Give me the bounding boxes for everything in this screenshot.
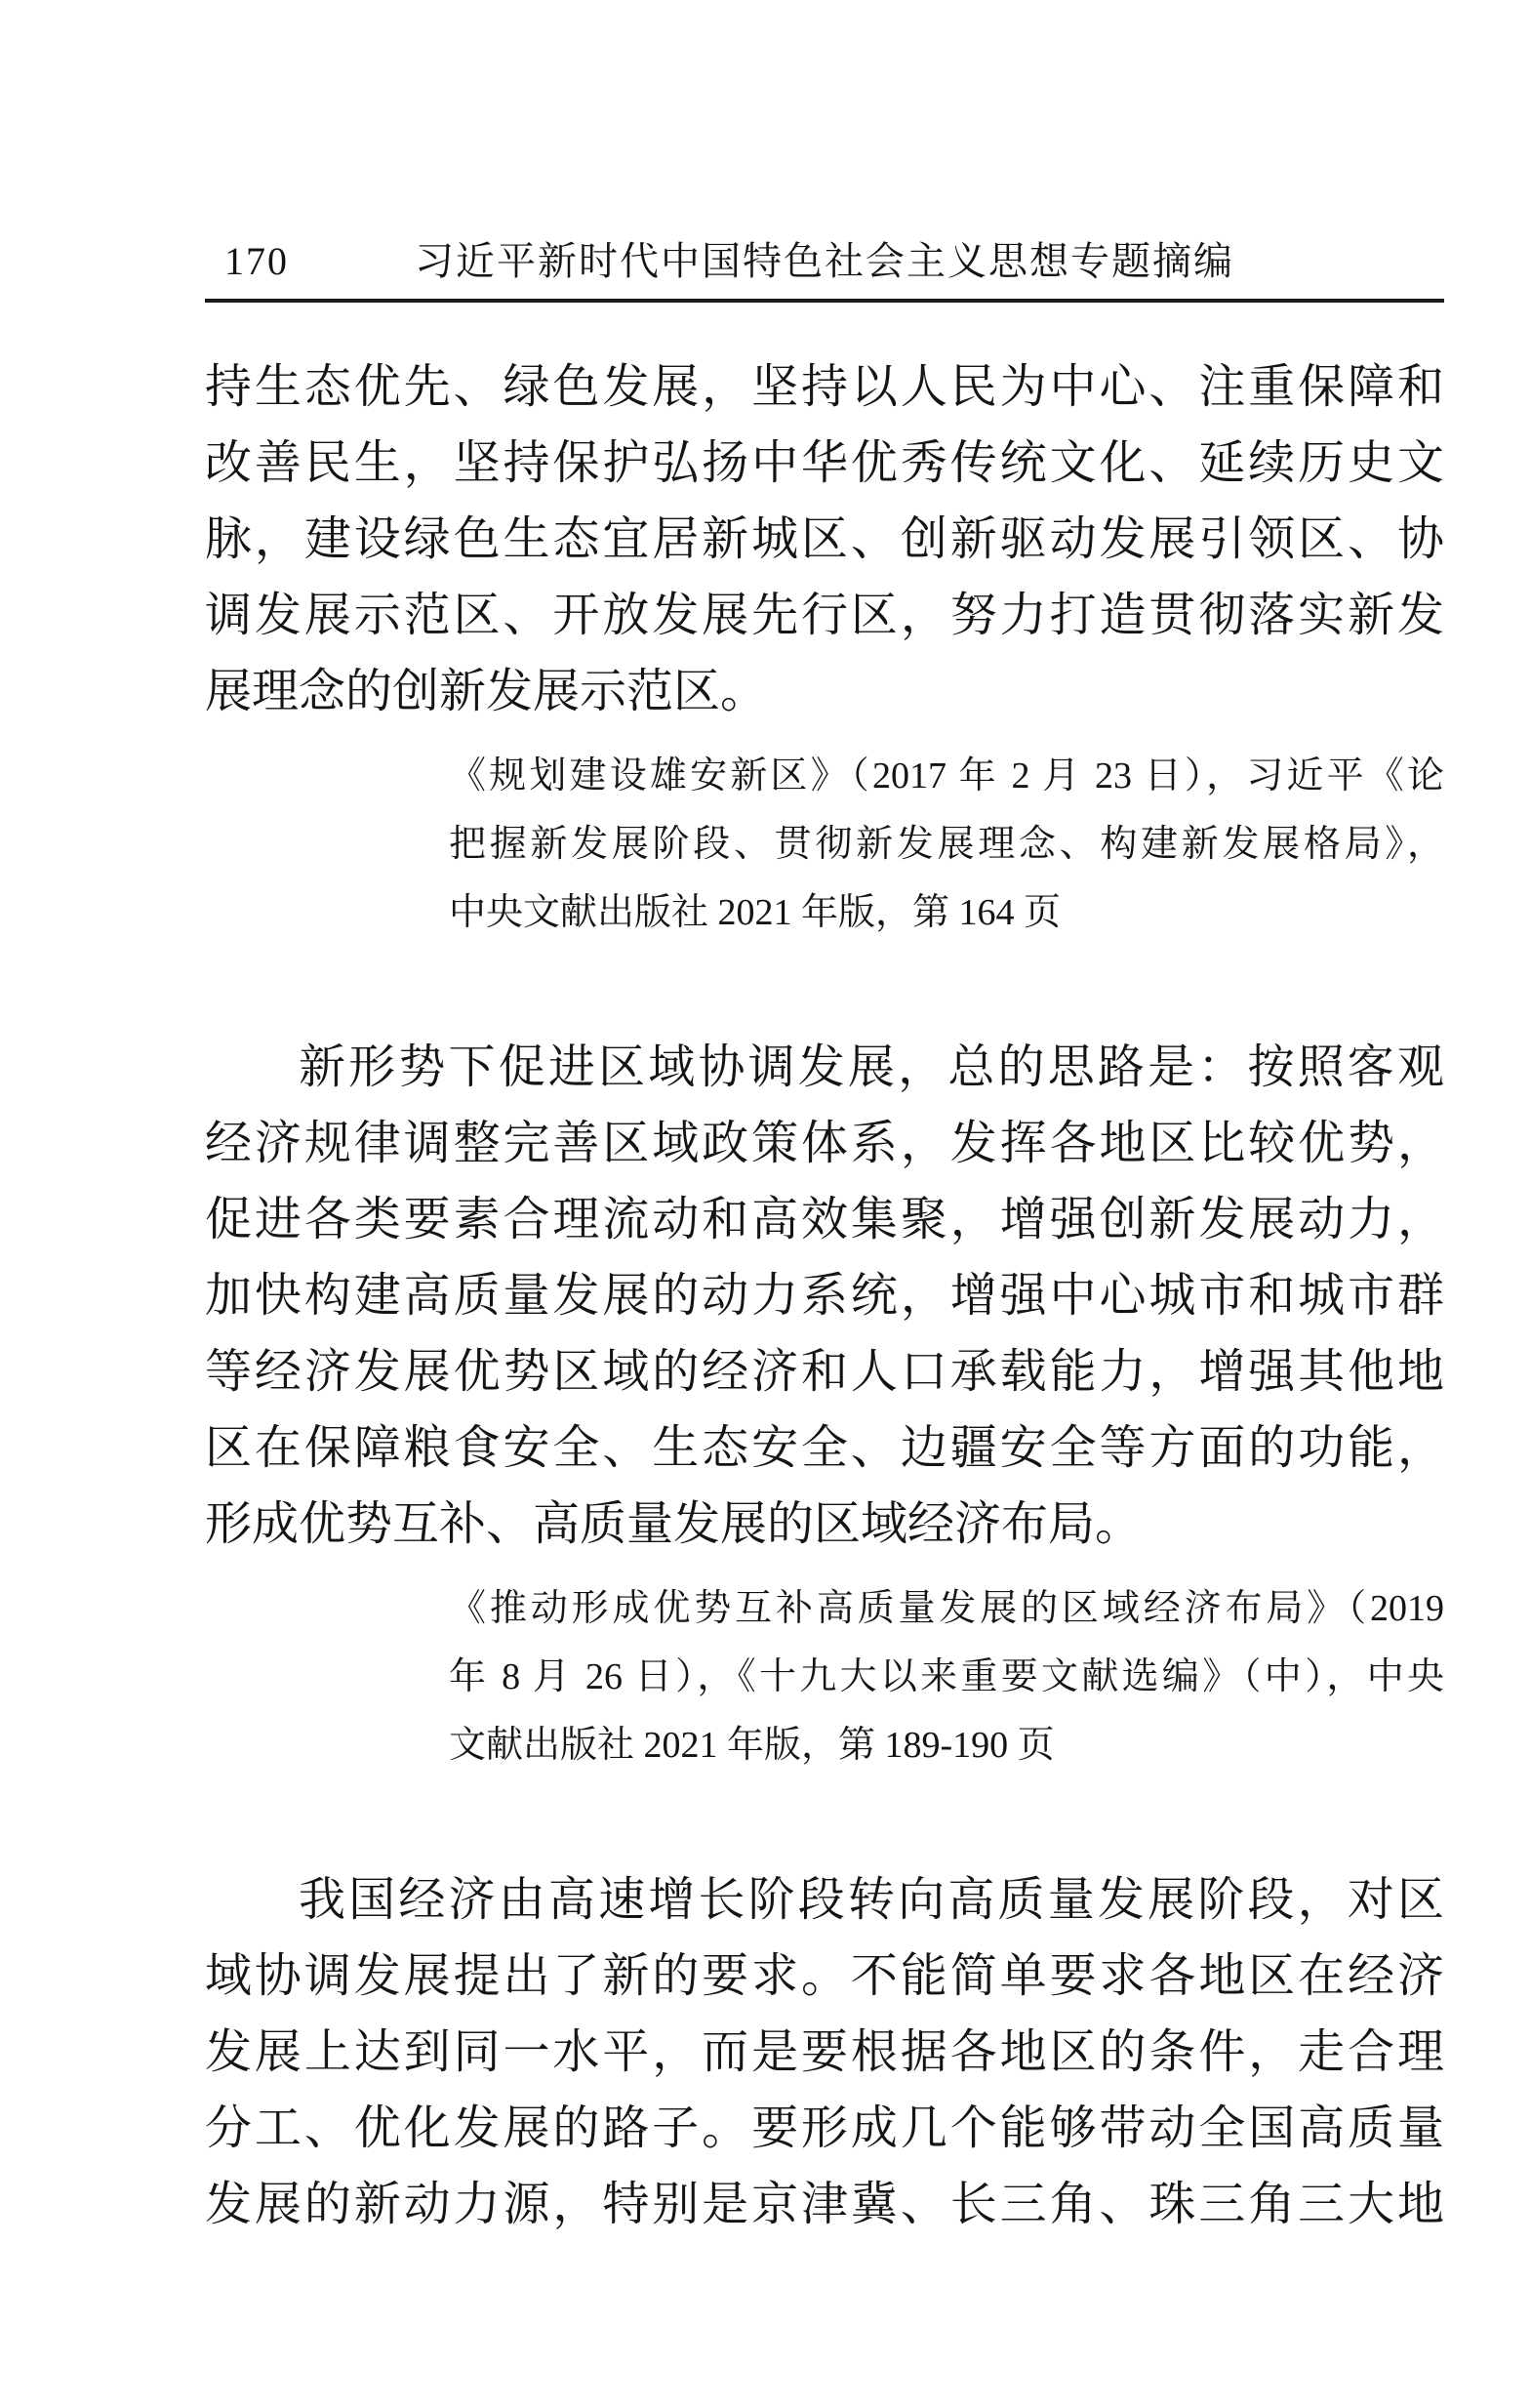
citation-line: 中央文献出版社 2021 年版，第 164 页 (449, 878, 1444, 947)
paragraph-1: 持生态优先、绿色发展，坚持以人民为中心、注重保障和 改善民生，坚持保护弘扬中华优… (205, 349, 1444, 730)
source-citation-2: 《推动形成优势互补高质量发展的区域经济布局》（2019 年 8 月 26 日），… (449, 1574, 1444, 1779)
citation-line: 文献出版社 2021 年版，第 189-190 页 (449, 1711, 1444, 1779)
citation-line: 把握新发展阶段、贯彻新发展理念、构建新发展格局》， (449, 810, 1444, 878)
text-line: 发展上达到同一水平，而是要根据各地区的条件，走合理 (205, 2015, 1444, 2091)
running-header: 170 习近平新时代中国特色社会主义思想专题摘编 (205, 240, 1444, 303)
text-line: 发展的新动力源，特别是京津冀、长三角、珠三角三大地 (205, 2167, 1444, 2243)
text-line: 改善民生，坚持保护弘扬中华优秀传统文化、延续历史文 (205, 426, 1444, 502)
text-line: 我国经济由高速增长阶段转向高质量发展阶段，对区 (205, 1862, 1444, 1939)
page-body: 持生态优先、绿色发展，坚持以人民为中心、注重保障和 改善民生，坚持保护弘扬中华优… (205, 303, 1444, 2243)
text-line: 促进各类要素合理流动和高效集聚，增强创新发展动力， (205, 1182, 1444, 1258)
paragraph-3: 我国经济由高速增长阶段转向高质量发展阶段，对区 域协调发展提出了新的要求。不能简… (205, 1862, 1444, 2243)
citation-line: 年 8 月 26 日），《十九大以来重要文献选编》（中），中央 (449, 1643, 1444, 1711)
book-page: 170 习近平新时代中国特色社会主义思想专题摘编 持生态优先、绿色发展，坚持以人… (0, 0, 1531, 2408)
text-line: 加快构建高质量发展的动力系统，增强中心城市和城市群 (205, 1258, 1444, 1334)
page-number: 170 (224, 240, 289, 283)
source-citation-1: 《规划建设雄安新区》（2017 年 2 月 23 日），习近平《论 把握新发展阶… (449, 742, 1444, 947)
text-line: 区在保障粮食安全、生态安全、边疆安全等方面的功能， (205, 1410, 1444, 1487)
text-line: 等经济发展优势区域的经济和人口承载能力，增强其他地 (205, 1334, 1444, 1410)
text-line: 调发展示范区、开放发展先行区，努力打造贯彻落实新发 (205, 578, 1444, 654)
text-line: 持生态优先、绿色发展，坚持以人民为中心、注重保障和 (205, 349, 1444, 426)
text-block: 170 习近平新时代中国特色社会主义思想专题摘编 持生态优先、绿色发展，坚持以人… (205, 240, 1444, 2243)
text-line: 形成优势互补、高质量发展的区域经济布局。 (205, 1487, 1444, 1563)
text-line: 域协调发展提出了新的要求。不能简单要求各地区在经济 (205, 1939, 1444, 2015)
citation-line: 《推动形成优势互补高质量发展的区域经济布局》（2019 (449, 1574, 1444, 1643)
text-line: 新形势下促进区域协调发展，总的思路是：按照客观 (205, 1030, 1444, 1106)
text-line: 脉，建设绿色生态宜居新城区、创新驱动发展引领区、协 (205, 502, 1444, 578)
paragraph-2: 新形势下促进区域协调发展，总的思路是：按照客观 经济规律调整完善区域政策体系，发… (205, 1030, 1444, 1563)
text-line: 展理念的创新发展示范区。 (205, 654, 1444, 730)
text-line: 分工、优化发展的路子。要形成几个能够带动全国高质量 (205, 2091, 1444, 2167)
running-title: 习近平新时代中国特色社会主义思想专题摘编 (205, 240, 1444, 283)
citation-line: 《规划建设雄安新区》（2017 年 2 月 23 日），习近平《论 (449, 742, 1444, 810)
text-line: 经济规律调整完善区域政策体系，发挥各地区比较优势， (205, 1106, 1444, 1182)
